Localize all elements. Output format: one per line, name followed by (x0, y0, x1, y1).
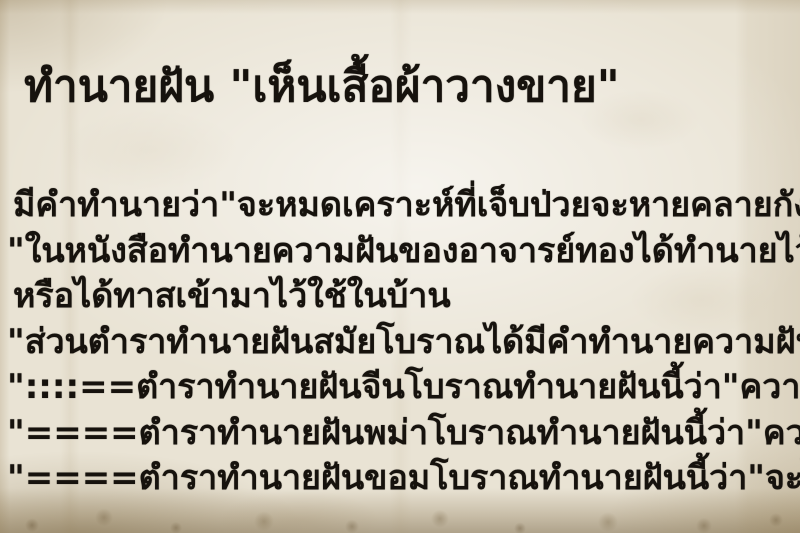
dream-interpretation-page: ทำนายฝัน "เห็นเสื้อผ้าวางขาย" มีคำทำนายว… (0, 0, 800, 533)
text-line: หรือได้ทาสเข้ามาไว้ใช้ในบ้าน (7, 274, 800, 320)
page-title: ทำนายฝัน "เห็นเสื้อผ้าวางขาย" (24, 51, 620, 121)
text-line: "::::==ตำราทำนายฝันจีนโบราณทำนายฝันนี้ว่… (7, 365, 800, 411)
interpretation-text-block: มีคำทำนายว่า"จะหมดเคราะห์ที่เจ็บป่วยจะหา… (7, 183, 800, 502)
text-line: "====ตำราทำนายฝันพม่าโบราณทำนายฝันนี้ว่า… (7, 411, 800, 457)
text-line: มีคำทำนายว่า"จะหมดเคราะห์ที่เจ็บป่วยจะหา… (7, 183, 800, 229)
text-line: "ส่วนตำราทำนายฝันสมัยโบราณได้มีคำทำนายคว… (7, 320, 800, 366)
bottom-edge-grunge (0, 507, 800, 533)
text-line: "====ตำราทำนายฝันขอมโบราณทำนายฝันนี้ว่า"… (7, 456, 800, 502)
text-line: "ในหนังสือทำนายความฝันของอาจารย์ทองได้ทำ… (7, 229, 800, 275)
